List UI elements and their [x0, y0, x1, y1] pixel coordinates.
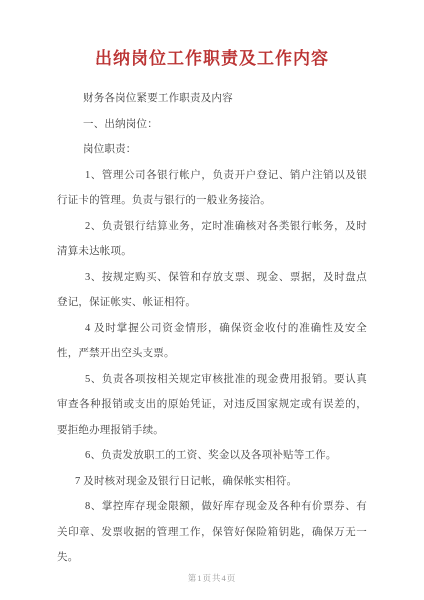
paragraph-1: 1、管理公司各银行帐户，负责开户登记、销户注销以及银行证卡的管理。负责与银行的一… — [57, 163, 367, 214]
paragraph-2: 2、负责银行结算业务，定时准确核对各类银行帐务，及时清算未达帐项。 — [57, 214, 367, 265]
page-number: 第1页共4页 — [0, 572, 424, 584]
paragraph-3: 3、按规定购买、保管和存放支票、现金、票据，及时盘点登记，保证帐实、帐证相符。 — [57, 265, 367, 316]
doc-subtitle: 财务各岗位紧要工作职责及内容 — [57, 86, 367, 112]
paragraph-8: 8、掌控库存现金限额，做好库存现金及各种有价票券、有关印章、发票收据的管理工作，… — [57, 494, 367, 571]
section-heading: 一、出纳岗位： — [57, 112, 367, 138]
page-title: 出纳岗位工作职责及工作内容 — [57, 44, 367, 74]
paragraph-7: 7 及时核对现金及银行日记帐，确保帐实相符。 — [57, 469, 367, 495]
document-page: 出纳岗位工作职责及工作内容 财务各岗位紧要工作职责及内容 一、出纳岗位： 岗位职… — [0, 0, 424, 600]
paragraph-5: 5、负责各项按相关规定审核批准的现金费用报销。要认真审查各种报销或支出的原始凭证… — [57, 367, 367, 444]
subsection-label: 岗位职责： — [57, 137, 367, 163]
paragraph-6: 6、负责发放职工的工资、奖金以及各项补贴等工作。 — [57, 443, 367, 469]
document-body: 财务各岗位紧要工作职责及内容 一、出纳岗位： 岗位职责： 1、管理公司各银行帐户… — [57, 86, 367, 571]
paragraph-4: 4 及时掌握公司资金情形，确保资金收付的准确性及安全性，严禁开出空头支票。 — [57, 316, 367, 367]
